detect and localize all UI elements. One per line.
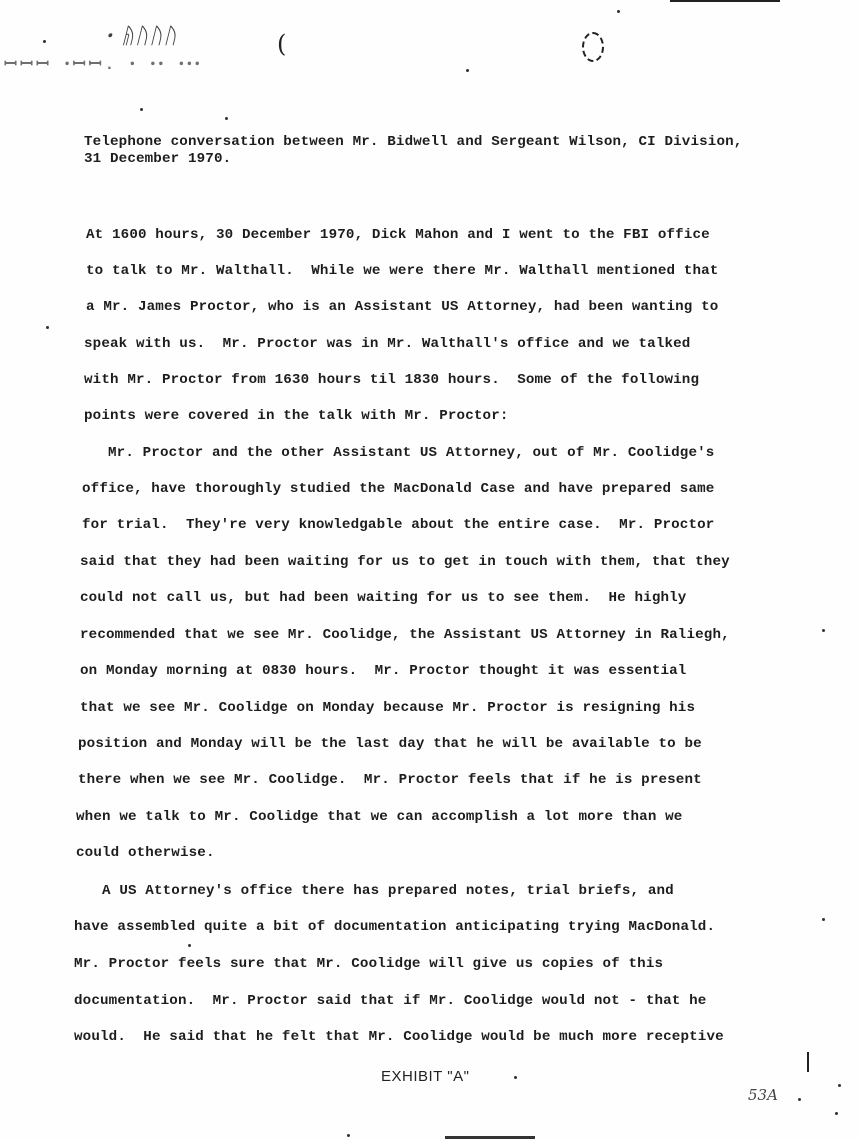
top-rule-mark <box>670 0 780 2</box>
scan-speck <box>466 69 469 72</box>
scan-speck <box>188 944 191 947</box>
handwritten-mark: ꞏ ᚥᚢᚢᚢ <box>105 20 178 50</box>
body-line: said that they had been waiting for us t… <box>80 554 730 570</box>
body-line: At 1600 hours, 30 December 1970, Dick Ma… <box>86 227 710 243</box>
page-number: 53A <box>748 1086 778 1104</box>
body-line: would. He said that he felt that Mr. Coo… <box>74 1029 724 1045</box>
body-line: A US Attorney's office there has prepare… <box>76 883 674 899</box>
body-line: on Monday morning at 0830 hours. Mr. Pro… <box>80 663 686 679</box>
scan-speck <box>822 918 825 921</box>
body-line: documentation. Mr. Proctor said that if … <box>74 993 706 1009</box>
scan-speck <box>225 117 228 120</box>
body-line: when we talk to Mr. Coolidge that we can… <box>76 809 682 825</box>
body-line: have assembled quite a bit of documentat… <box>74 919 715 935</box>
document-title-line-2: 31 December 1970. <box>84 151 231 167</box>
scan-speck <box>798 1098 801 1101</box>
body-line: Mr. Proctor feels sure that Mr. Coolidge… <box>74 956 663 972</box>
scan-speck <box>835 1112 838 1115</box>
body-line: there when we see Mr. Coolidge. Mr. Proc… <box>78 772 702 788</box>
scan-speck <box>347 1134 350 1137</box>
margin-tick-mark <box>807 1052 809 1072</box>
body-line: points were covered in the talk with Mr.… <box>84 408 509 424</box>
exhibit-label: EXHIBIT "A" <box>381 1068 469 1085</box>
body-line: office, have thoroughly studied the MacD… <box>82 481 714 497</box>
scan-speck <box>140 108 143 111</box>
body-line: with Mr. Proctor from 1630 hours til 183… <box>84 372 699 388</box>
body-line: for trial. They're very knowledgable abo… <box>82 517 714 533</box>
scan-speck <box>838 1084 841 1087</box>
body-line: Mr. Proctor and the other Assistant US A… <box>82 445 714 461</box>
body-line: speak with us. Mr. Proctor was in Mr. Wa… <box>84 336 690 352</box>
scan-speck <box>43 40 46 43</box>
body-line: a Mr. James Proctor, who is an Assistant… <box>86 299 718 315</box>
body-line: to talk to Mr. Walthall. While we were t… <box>86 263 718 279</box>
scanned-document-page: ꞏ ᚥᚢᚢᚢ ꟷꟷꟷ ꞏꟷꟷ. ꞏ ꞏꞏ ꞏꞏꞏ ( Telephone con… <box>0 0 860 1140</box>
scan-speck <box>617 10 620 13</box>
body-line: that we see Mr. Coolidge on Monday becau… <box>80 700 695 716</box>
document-title-line-1: Telephone conversation between Mr. Bidwe… <box>84 134 742 150</box>
body-line: position and Monday will be the last day… <box>78 736 702 752</box>
paren-mark: ( <box>277 30 286 58</box>
scan-speck <box>822 629 825 632</box>
body-line: could otherwise. <box>76 845 215 861</box>
bottom-rule-mark <box>445 1136 535 1139</box>
body-line: could not call us, but had been waiting … <box>80 590 686 606</box>
scan-speck <box>46 326 49 329</box>
scan-speck <box>514 1076 517 1079</box>
hole-punch-circle-icon <box>582 32 604 62</box>
faded-stamp-line: ꟷꟷꟷ ꞏꟷꟷ. ꞏ ꞏꞏ ꞏꞏꞏ <box>4 52 203 74</box>
body-line: recommended that we see Mr. Coolidge, th… <box>80 627 730 643</box>
